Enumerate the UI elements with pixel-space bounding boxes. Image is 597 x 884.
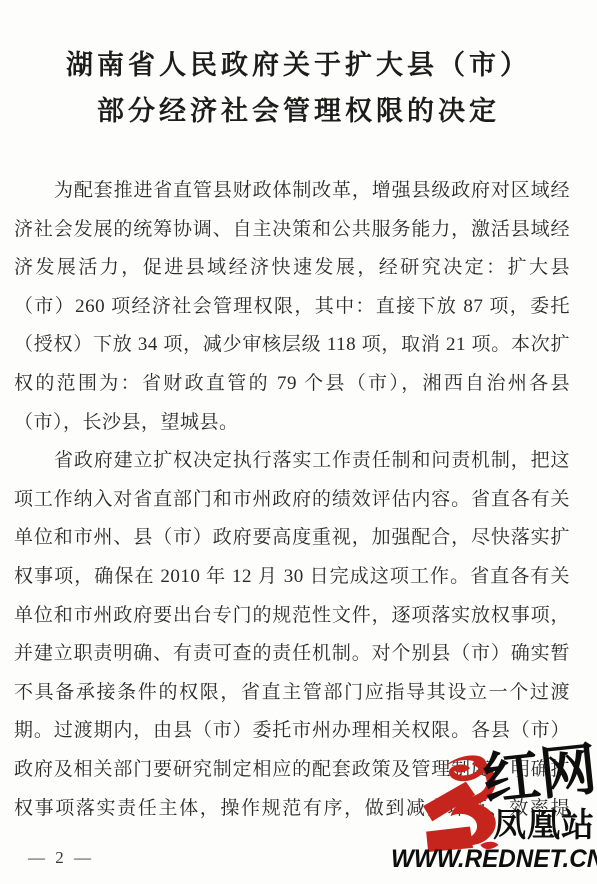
title-line-2: 部分经济社会管理权限的决定: [0, 88, 597, 134]
body-line: 项工作纳入对省直部门和市州政府的绩效评估内容。省直各有关: [14, 481, 570, 520]
body-line: 期。过渡期内，由县（市）委托市州办理相关权限。各县（市）: [14, 712, 570, 751]
body-line: （市），长沙县，望城县。: [14, 404, 570, 443]
body-line: 为配套推进省直管县财政体制改革，增强县级政府对区域经: [14, 172, 570, 211]
body-line: 济发展活力，促进县域经济快速发展，经研究决定：扩大县: [14, 249, 570, 288]
document-page: 湖南省人民政府关于扩大县（市） 部分经济社会管理权限的决定 为配套推进省直管县财…: [0, 0, 597, 884]
page-number: — 2 —: [28, 848, 94, 868]
body-line: 政府及相关部门要研究制定相应的配套政策及管理制度，明确扩: [14, 751, 570, 790]
body-line: 不具备承接条件的权限，省直主管部门应指导其设立一个过渡: [14, 674, 570, 713]
document-title: 湖南省人民政府关于扩大县（市） 部分经济社会管理权限的决定: [0, 42, 597, 134]
watermark-url: WWW.REDNET.CN: [391, 845, 597, 873]
body-line: 省政府建立扩权决定执行落实工作责任制和问责机制，把这: [14, 442, 570, 481]
title-line-1: 湖南省人民政府关于扩大县（市）: [0, 42, 597, 88]
body-line: 权事项，确保在 2010 年 12 月 30 日完成这项工作。省直各有关: [14, 558, 570, 597]
body-line: （授权）下放 34 项，减少审核层级 118 项，取消 21 项。本次扩: [14, 326, 570, 365]
body-line: 权的范围为：省财政直管的 79 个县（市），湘西自治州各县: [14, 365, 570, 404]
document-body: 为配套推进省直管县财政体制改革，增强县级政府对区域经 济社会发展的统筹协调、自主…: [14, 172, 570, 828]
body-line: （市）260 项经济社会管理权限，其中：直接下放 87 项，委托: [14, 288, 570, 327]
body-line: 单位和市州、县（市）政府要高度重视，加强配合，尽快落实扩: [14, 519, 570, 558]
body-line: 济社会发展的统筹协调、自主决策和公共服务能力，激活县域经: [14, 211, 570, 250]
body-line: 并建立职责明确、有责可查的责任机制。对个别县（市）确实暂: [14, 635, 570, 674]
body-line: 单位和市州政府要出台专门的规范性文件，逐项落实放权事项，: [14, 597, 570, 636]
body-line: 权事项落实责任主体，操作规范有序，做到减少环节、效率提: [14, 790, 570, 829]
